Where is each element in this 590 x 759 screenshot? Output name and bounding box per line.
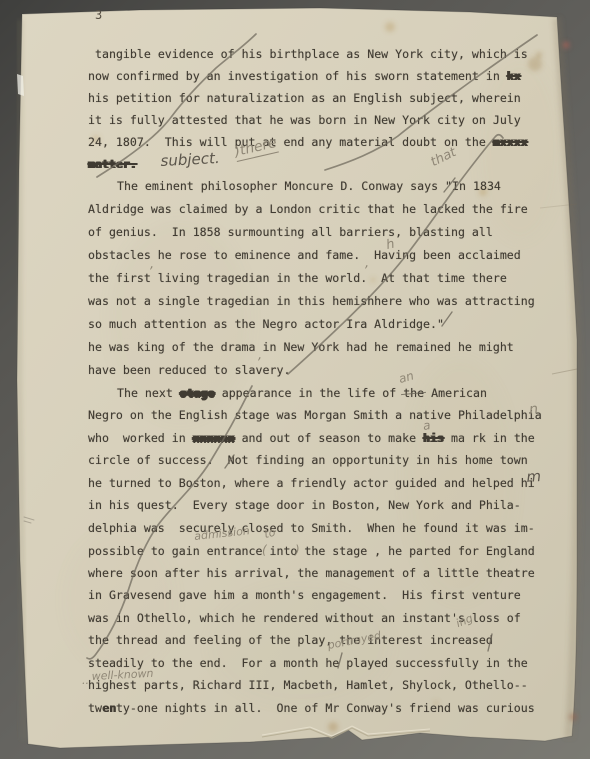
handwritten-annotation-3: )there: [233, 135, 279, 162]
handwritten-annotation-1: that: [428, 145, 458, 170]
handwritten-annotation-13: to: [263, 526, 277, 541]
handwritten-annotation-2: subject.: [160, 149, 220, 170]
handwritten-annotation-14: (: [262, 543, 267, 557]
handwritten-annotation-4: h: [385, 237, 396, 253]
handwritten-annotation-8: an: [397, 368, 415, 386]
handwritten-annotation-16: ing: [454, 612, 475, 630]
handwritten-annotation-9: n: [528, 401, 538, 418]
handwritten-annotation-18: well-known: [91, 667, 153, 683]
handwritten-annotation-15: ): [295, 543, 300, 557]
handwritten-annotation-11: m: [526, 467, 542, 486]
handwritten-annotation-6: ,: [365, 256, 369, 271]
handwritten-annotation-17: portrayed: [327, 629, 383, 652]
handwritten-annotation-5: ,: [150, 257, 154, 272]
scanned-manuscript-page: 3 tangible evidence of his birthplace as…: [0, 0, 590, 759]
handwritten-annotation-10: a: [422, 418, 431, 433]
handwritten-annotation-7: ,: [258, 348, 262, 363]
handwritten-annotation-19: ..: [82, 674, 89, 687]
handwriting-layer: thatsubject.)thereh,,,annamadmissionto()…: [0, 0, 590, 759]
handwritten-annotation-12: admission: [194, 524, 251, 543]
